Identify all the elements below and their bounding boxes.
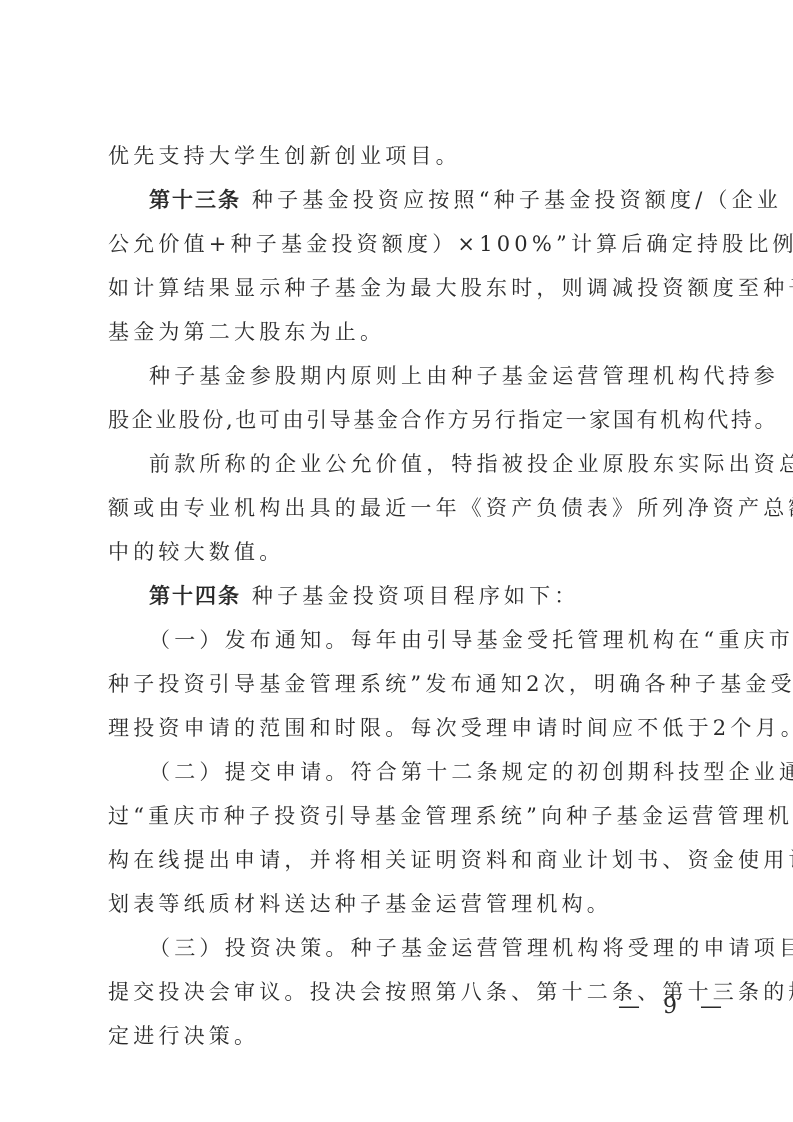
article-heading: 第十三条 [149, 188, 241, 212]
text-line: 理投资申请的范围和时限。每次受理申请时间应不低于2个月。 [108, 714, 708, 742]
text-line: （三）投资决策。种子基金运营管理机构将受理的申请项目 [149, 934, 749, 962]
page-number: — 9 — [618, 994, 730, 1019]
line-text: 额或由专业机构出具的最近一年《资产负债表》所列净资产总额 [108, 496, 793, 520]
text-line: 前款所称的企业公允价值，特指被投企业原股东实际出资总 [149, 450, 749, 478]
text-line: 公允价值+种子基金投资额度）×100%”计算后确定持股比例。 [108, 230, 708, 258]
line-text: 定进行决策。 [108, 1024, 259, 1048]
article-13-heading-line: 第十三条 种子基金投资应按照“种子基金投资额度/（企业 [149, 186, 749, 214]
text-line: 定进行决策。 [108, 1022, 708, 1050]
line-text: 种子基金投资应按照“种子基金投资额度/（企业 [252, 188, 782, 212]
text-line: 基金为第二大股东为止。 [108, 318, 708, 346]
line-text: 划表等纸质材料送达种子基金运营管理机构。 [108, 892, 612, 916]
line-text: 基金为第二大股东为止。 [108, 320, 385, 344]
text-line: 构在线提出申请，并将相关证明资料和商业计划书、资金使用计 [108, 846, 708, 874]
text-line: 种子投资引导基金管理系统”发布通知2次，明确各种子基金受 [108, 670, 708, 698]
line-text: 种子基金投资项目程序如下： [252, 584, 580, 608]
text-line: 种子基金参股期内原则上由种子基金运营管理机构代持参 [149, 362, 749, 390]
text-line: 划表等纸质材料送达种子基金运营管理机构。 [108, 890, 708, 918]
article-14-heading-line: 第十四条 种子基金投资项目程序如下： [149, 582, 749, 610]
text-line: 如计算结果显示种子基金为最大股东时，则调减投资额度至种子 [108, 274, 708, 302]
text-line: （二）提交申请。符合第十二条规定的初创期科技型企业通 [149, 758, 749, 786]
text-line: 优先支持大学生创新创业项目。 [108, 142, 708, 170]
text-line: 过“重庆市种子投资引导基金管理系统”向种子基金运营管理机 [108, 802, 708, 830]
line-text: 如计算结果显示种子基金为最大股东时，则调减投资额度至种子 [108, 276, 793, 300]
line-text: 中的较大数值。 [108, 540, 284, 564]
line-text: 公允价值+种子基金投资额度）×100%”计算后确定持股比例。 [108, 232, 793, 256]
line-text: （一）发布通知。每年由引导基金受托管理机构在“重庆市 [149, 628, 793, 652]
text-line: 股企业股份,也可由引导基金合作方另行指定一家国有机构代持。 [108, 406, 708, 434]
text-line: （一）发布通知。每年由引导基金受托管理机构在“重庆市 [149, 626, 749, 654]
line-text: 理投资申请的范围和时限。每次受理申请时间应不低于2个月。 [108, 716, 793, 740]
line-text: 前款所称的企业公允价值，特指被投企业原股东实际出资总 [149, 452, 793, 476]
line-text: （三）投资决策。种子基金运营管理机构将受理的申请项目 [149, 936, 793, 960]
line-text: 股企业股份,也可由引导基金合作方另行指定一家国有机构代持。 [108, 408, 778, 432]
line-text: （二）提交申请。符合第十二条规定的初创期科技型企业通 [149, 760, 793, 784]
text-line: 中的较大数值。 [108, 538, 708, 566]
line-text: 优先支持大学生创新创业项目。 [108, 144, 461, 168]
line-text: 构在线提出申请，并将相关证明资料和商业计划书、资金使用计 [108, 848, 793, 872]
line-text: 种子投资引导基金管理系统”发布通知2次，明确各种子基金受 [108, 672, 793, 696]
article-heading: 第十四条 [149, 584, 241, 608]
line-text: 种子基金参股期内原则上由种子基金运营管理机构代持参 [149, 364, 779, 388]
text-line: 额或由专业机构出具的最近一年《资产负债表》所列净资产总额 [108, 494, 708, 522]
line-text: 过“重庆市种子投资引导基金管理系统”向种子基金运营管理机 [108, 804, 793, 828]
